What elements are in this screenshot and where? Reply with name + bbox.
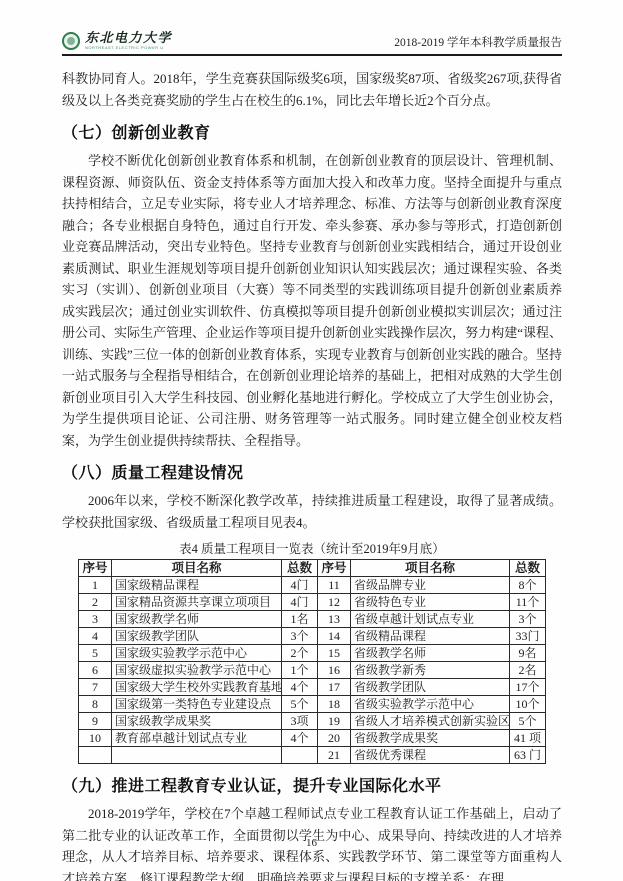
- page-number: 16: [0, 837, 623, 849]
- table-cell: 国家级精品课程: [112, 577, 282, 594]
- table-cell: 国家级第一类特色专业建设点: [112, 696, 282, 713]
- table-cell: 6: [79, 662, 112, 679]
- table-cell: 1个: [282, 662, 318, 679]
- table-cell: 4个: [282, 730, 318, 747]
- table-cell: 省级教学新秀: [351, 662, 510, 679]
- section-7-paragraph: 学校不断优化创新创业教育体系和机制，在创新创业教育的顶层设计、管理机制、课程资源…: [62, 150, 562, 451]
- table-cell: 41 项: [510, 730, 546, 747]
- table-row: 9 国家级教学成果奖 3项 19 省级人才培养模式创新实验区 5个: [79, 713, 546, 730]
- column-header: 总数: [510, 560, 546, 577]
- table-cell: 省级特色专业: [351, 594, 510, 611]
- table-cell: 3个: [282, 628, 318, 645]
- table-cell: 8个: [510, 577, 546, 594]
- column-header: 总数: [282, 560, 318, 577]
- table-cell: 省级人才培养模式创新实验区: [351, 713, 510, 730]
- table-caption: 表4 质量工程项目一览表（统计至2019年9月底）: [62, 539, 562, 557]
- table-cell: 2个: [282, 645, 318, 662]
- section-8-paragraph: 2006年以来，学校不断深化教学改革，持续推进质量工程建设，取得了显著成绩。学校…: [62, 490, 562, 533]
- table-cell: 7: [79, 679, 112, 696]
- table-row: 4 国家级教学团队 3个 14 省级精品课程 33门: [79, 628, 546, 645]
- table-cell: 18: [318, 696, 351, 713]
- page-header: 东北电力大学 NORTHEAST ELECTRIC POWER UNIVERSI…: [62, 28, 562, 56]
- section-7-heading: （七）创新创业教育: [62, 120, 562, 143]
- column-header: 项目名称: [112, 560, 282, 577]
- table-cell: [282, 747, 318, 764]
- table-cell: 4门: [282, 594, 318, 611]
- table-cell: 3个: [510, 611, 546, 628]
- table-cell: 省级卓越计划试点专业: [351, 611, 510, 628]
- table-cell: 省级教学团队: [351, 679, 510, 696]
- table-cell: 2名: [510, 662, 546, 679]
- university-emblem-icon: [62, 32, 80, 50]
- table-cell: 5: [79, 645, 112, 662]
- table-cell: 17: [318, 679, 351, 696]
- table-cell: 教育部卓越计划试点专业: [112, 730, 282, 747]
- table-cell: 4个: [282, 679, 318, 696]
- section-9-heading: （九）推进工程教育专业认证，提升专业国际化水平: [62, 773, 562, 796]
- table-cell: 国家级大学生校外实践教育基地: [112, 679, 282, 696]
- table-cell: 14: [318, 628, 351, 645]
- paragraph-continuation: 科教协同育人。2018年，学生竞赛获国际级奖6项，国家级奖87项、省级奖267项…: [62, 68, 562, 111]
- table-cell: 15: [318, 645, 351, 662]
- table-cell: 17个: [510, 679, 546, 696]
- document-page: 东北电力大学 NORTHEAST ELECTRIC POWER UNIVERSI…: [0, 0, 623, 881]
- table-cell: 国家级教学名师: [112, 611, 282, 628]
- table-cell: 国家精品资源共享课立项项目: [112, 594, 282, 611]
- table-cell: [79, 747, 112, 764]
- section-8-heading: （八）质量工程建设情况: [62, 460, 562, 483]
- university-name: 东北电力大学: [85, 31, 172, 44]
- table-cell: 国家级教学团队: [112, 628, 282, 645]
- table-cell: 2: [79, 594, 112, 611]
- column-header: 序号: [318, 560, 351, 577]
- table-cell: 11个: [510, 594, 546, 611]
- table-row: 8 国家级第一类特色专业建设点 5个 18 省级实验教学示范中心 10个: [79, 696, 546, 713]
- table-row: 6 国家级虚拟实验教学示范中心 1个 16 省级教学新秀 2名: [79, 662, 546, 679]
- table-cell: 省级教学成果奖: [351, 730, 510, 747]
- table-cell: 国家级教学成果奖: [112, 713, 282, 730]
- table-row: 21 省级优秀课程 63 门: [79, 747, 546, 764]
- table-cell: 省级精品课程: [351, 628, 510, 645]
- table-cell: 63 门: [510, 747, 546, 764]
- table-cell: 4: [79, 628, 112, 645]
- table-cell: 13: [318, 611, 351, 628]
- university-logo: 东北电力大学 NORTHEAST ELECTRIC POWER UNIVERSI…: [62, 31, 172, 50]
- table-cell: 10: [79, 730, 112, 747]
- table-cell: 国家级虚拟实验教学示范中心: [112, 662, 282, 679]
- table-header-row: 序号 项目名称 总数 序号 项目名称 总数: [79, 560, 546, 577]
- table-cell: 3: [79, 611, 112, 628]
- column-header: 序号: [79, 560, 112, 577]
- table-cell: 省级实验教学示范中心: [351, 696, 510, 713]
- table-cell: 省级品牌专业: [351, 577, 510, 594]
- report-title: 2018-2019 学年本科教学质量报告: [394, 34, 562, 50]
- table-cell: 省级优秀课程: [351, 747, 510, 764]
- table-cell: 11: [318, 577, 351, 594]
- table-cell: 5个: [282, 696, 318, 713]
- university-name-english: NORTHEAST ELECTRIC POWER UNIVERSITY: [85, 45, 163, 50]
- table-cell: 9: [79, 713, 112, 730]
- table-cell: 21: [318, 747, 351, 764]
- quality-projects-table: 序号 项目名称 总数 序号 项目名称 总数 1 国家级精品课程 4门 11 省级…: [78, 559, 546, 764]
- column-header: 项目名称: [351, 560, 510, 577]
- table-cell: 9名: [510, 645, 546, 662]
- table-cell: 3项: [282, 713, 318, 730]
- table-cell: 33门: [510, 628, 546, 645]
- table-cell: 4门: [282, 577, 318, 594]
- table-cell: 5个: [510, 713, 546, 730]
- table-cell: 20: [318, 730, 351, 747]
- table-row: 10 教育部卓越计划试点专业 4个 20 省级教学成果奖 41 项: [79, 730, 546, 747]
- table-cell: 8: [79, 696, 112, 713]
- table-row: 5 国家级实验教学示范中心 2个 15 省级教学名师 9名: [79, 645, 546, 662]
- table-cell: 12: [318, 594, 351, 611]
- table-row: 7 国家级大学生校外实践教育基地 4个 17 省级教学团队 17个: [79, 679, 546, 696]
- table-cell: 10个: [510, 696, 546, 713]
- table-cell: 省级教学名师: [351, 645, 510, 662]
- table-row: 3 国家级教学名师 1名 13 省级卓越计划试点专业 3个: [79, 611, 546, 628]
- table-cell: 19: [318, 713, 351, 730]
- table-row: 2 国家精品资源共享课立项项目 4门 12 省级特色专业 11个: [79, 594, 546, 611]
- table-cell: [112, 747, 282, 764]
- table-cell: 16: [318, 662, 351, 679]
- table-cell: 国家级实验教学示范中心: [112, 645, 282, 662]
- table-cell: 1: [79, 577, 112, 594]
- table-row: 1 国家级精品课程 4门 11 省级品牌专业 8个: [79, 577, 546, 594]
- table-cell: 1名: [282, 611, 318, 628]
